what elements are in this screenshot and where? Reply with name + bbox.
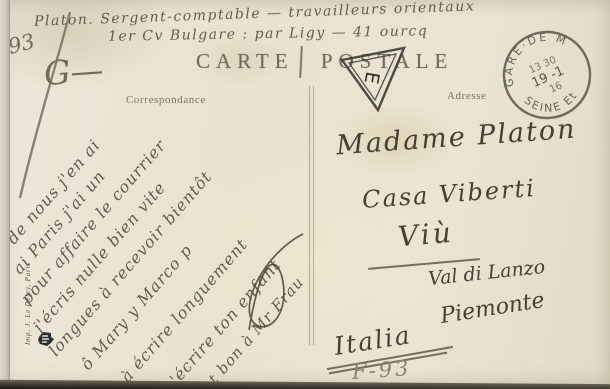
address-region: Piemonte bbox=[439, 288, 547, 329]
postcard-back: CARTE POSTALE Correspondance Adresse Imp… bbox=[0, 0, 610, 385]
correspondence-label: Correspondance bbox=[126, 94, 206, 106]
censor-triangle-stamp: E bbox=[336, 44, 410, 116]
address-house: Casa Viberti bbox=[361, 174, 536, 214]
signature-flourish bbox=[233, 222, 317, 337]
postcard-scan: CARTE POSTALE Correspondance Adresse Imp… bbox=[0, 0, 610, 389]
archival-bottom-code: F-93 bbox=[351, 356, 412, 384]
card-left-edge bbox=[0, 0, 10, 385]
archival-letter: G— bbox=[43, 50, 105, 93]
address-town: Viù bbox=[397, 216, 455, 254]
card-title: CARTE POSTALE bbox=[196, 49, 453, 74]
address-label: Adresse bbox=[447, 90, 487, 102]
top-annotation-line2: 1er Cv Bulgare : par Ligy — 41 ourcq bbox=[108, 23, 429, 45]
address-recipient: Madame Platon bbox=[335, 114, 577, 162]
postmark-stamp: GARE·DE M SEINE Et 13 30 19 -1 16 bbox=[498, 26, 596, 124]
